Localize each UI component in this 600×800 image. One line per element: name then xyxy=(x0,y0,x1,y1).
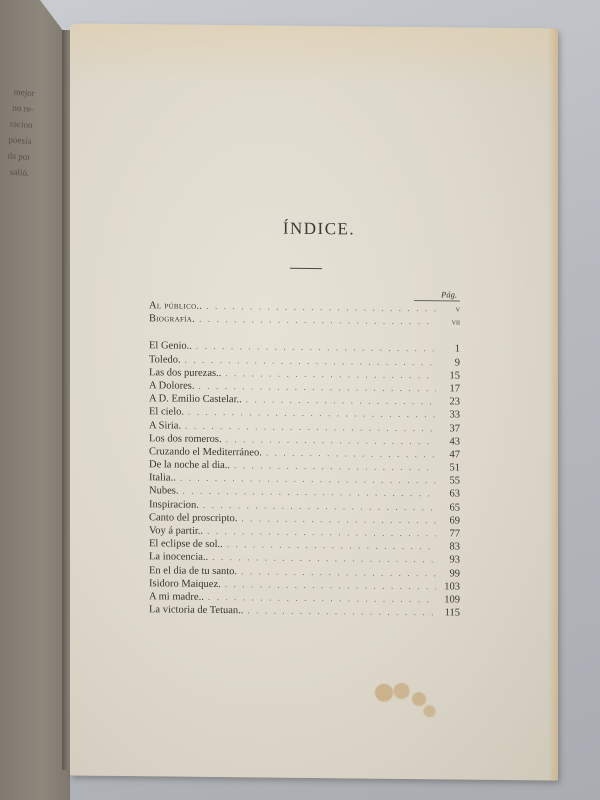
toc-entry-title: Italia.. xyxy=(149,472,180,486)
left-page-text-fragments: mejor no re- racion poesía da por salió. xyxy=(0,83,35,181)
toc-entry-title: La victoria de Tetuan.. xyxy=(149,603,247,617)
toc-entry-page: 51 xyxy=(436,461,460,474)
page-column-header: Pág. xyxy=(149,285,460,300)
toc-entry-page: 17 xyxy=(436,382,460,395)
toc-entry-title: Nubes. xyxy=(149,485,182,499)
toc-entry-page: 23 xyxy=(436,395,460,408)
poem-list: El Genio................................… xyxy=(149,340,460,620)
toc-entry-page: 115 xyxy=(436,606,460,619)
left-facing-page: mejor no re- racion poesía da por salió. xyxy=(0,0,70,800)
toc-entry-title: Inspiracion. xyxy=(149,498,203,512)
toc-entry-title: A Dolores. xyxy=(149,379,199,393)
toc-entry-title: A D. Emilio Castelar.. xyxy=(149,392,246,406)
toc-entry-title: La inocencia.. xyxy=(149,551,212,565)
toc-entry-title: En el dia de tu santo. xyxy=(149,564,241,578)
toc-entry-title: El eclipse de sol.. xyxy=(149,537,227,551)
toc-entry-page: 103 xyxy=(436,580,460,593)
toc-entry-title: El Genio.. xyxy=(149,340,196,354)
toc-entry-page: vii xyxy=(436,315,460,328)
title-divider xyxy=(290,268,322,269)
toc-entry-page: 77 xyxy=(436,527,460,540)
toc-entry-title: Isidoro Maiquez. xyxy=(149,577,225,591)
toc-entry-page: 47 xyxy=(436,448,460,461)
toc-entry-page: 99 xyxy=(436,567,460,580)
page-title: ÍNDICE. xyxy=(70,216,558,241)
toc-entry-title: Biografía. xyxy=(149,312,199,326)
front-matter-list: Al público..............................… xyxy=(149,299,460,329)
toc-entry-page: v xyxy=(436,302,460,315)
toc-entry-title: Las dos purezas.. xyxy=(149,366,225,380)
toc-entry-page: 109 xyxy=(436,593,460,606)
toc-entry-page: 83 xyxy=(436,540,460,553)
toc-entry-page: 55 xyxy=(436,475,460,488)
toc-entry-page: 9 xyxy=(436,356,460,369)
toc-entry-title: A Siria. xyxy=(149,419,185,433)
toc-entry-title: Toledo. xyxy=(149,353,185,367)
toc-entry-title: Al público.. xyxy=(149,299,206,313)
toc-entry: La victoria de Tetuan...................… xyxy=(149,603,460,619)
toc-entry-page: 93 xyxy=(436,554,460,567)
foxing-stain xyxy=(370,677,440,718)
toc-entry-page: 37 xyxy=(436,422,460,435)
toc-entry-page: 15 xyxy=(436,369,460,382)
index-page: ÍNDICE. Pág. Al público.................… xyxy=(70,23,558,780)
toc-entry-page: 69 xyxy=(436,514,460,527)
table-of-contents: Pág. Al público.........................… xyxy=(149,285,460,620)
left-page-fragment: salió. xyxy=(0,163,30,181)
toc-entry-title: El cielo. xyxy=(149,406,188,420)
toc-entry-page: 43 xyxy=(436,435,460,448)
toc-entry-title: Cruzando el Mediterráneo. xyxy=(149,445,266,459)
toc-entry-page: 1 xyxy=(436,343,460,356)
toc-entry-page: 63 xyxy=(436,488,460,501)
toc-entry-page: 65 xyxy=(436,501,460,514)
toc-entry-page: 33 xyxy=(436,409,460,422)
toc-entry-title: Canto del proscripto. xyxy=(149,511,241,525)
dot-leader: ........................................… xyxy=(247,604,436,619)
toc-entry-title: Los dos romeros. xyxy=(149,432,226,446)
toc-entry-title: De la noche al dia.. xyxy=(149,458,234,472)
dot-leader: ........................................… xyxy=(199,313,436,329)
toc-entry-title: Voy á partir.. xyxy=(149,524,207,538)
toc-entry-title: A mi madre.. xyxy=(149,590,208,604)
